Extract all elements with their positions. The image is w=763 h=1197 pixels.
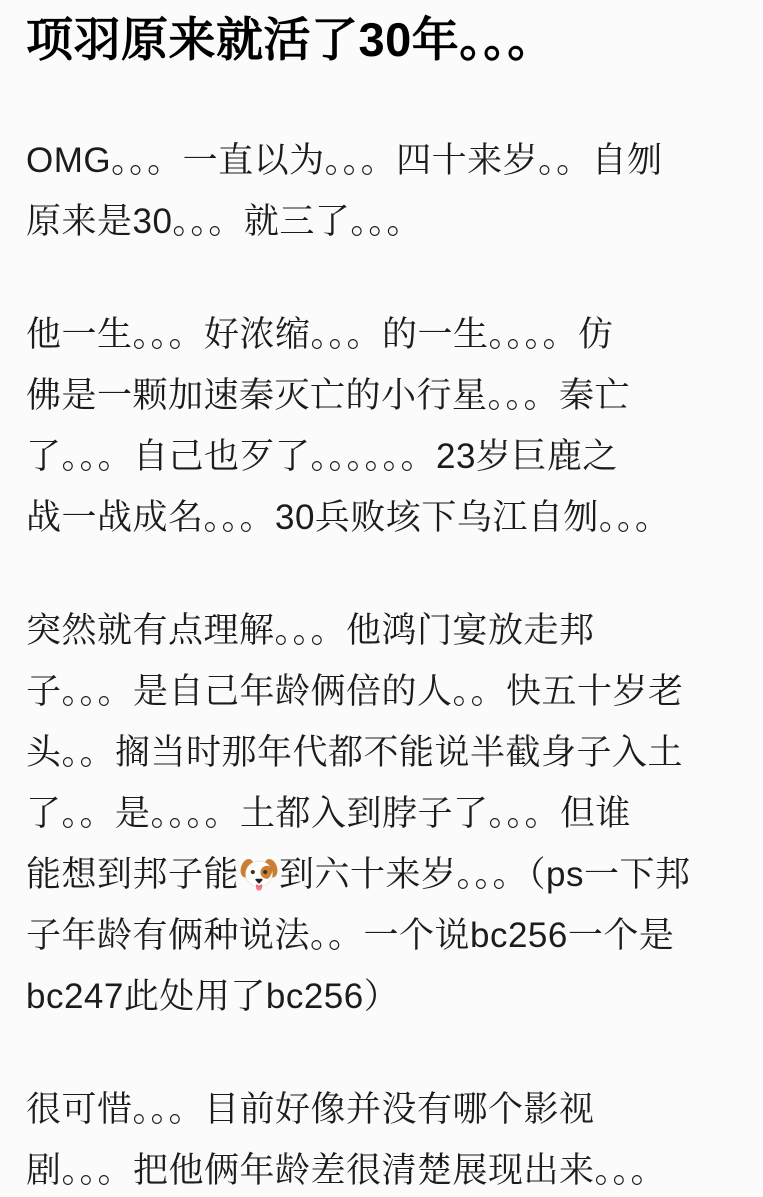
paragraph-1: OMG。。。一直以为。。。四十来岁。。自刎 原来是30。。。就三了。。。 xyxy=(26,130,743,252)
paragraph-3-text-before-emoji: 突然就有点理解。。。他鸿门宴放走邦 子。。。是自己年龄俩倍的人。。快五十岁老 头… xyxy=(26,611,684,894)
paragraph-4: 很可惜。。。目前好像并没有哪个影视 剧。。。把他俩年龄差很清楚展现出来。。。 xyxy=(26,1079,743,1197)
paragraph-3: 突然就有点理解。。。他鸿门宴放走邦 子。。。是自己年龄俩倍的人。。快五十岁老 头… xyxy=(26,600,743,1027)
dog-face-emoji-icon xyxy=(240,850,278,888)
paragraph-2: 他一生。。。好浓缩。。。的一生。。。。仿 佛是一颗加速秦灭亡的小行星。。。秦亡 … xyxy=(26,304,743,548)
post-body: 项羽原来就活了30年。。。 OMG。。。一直以为。。。四十来岁。。自刎 原来是3… xyxy=(0,0,763,1197)
post-title: 项羽原来就活了30年。。。 xyxy=(26,12,743,68)
